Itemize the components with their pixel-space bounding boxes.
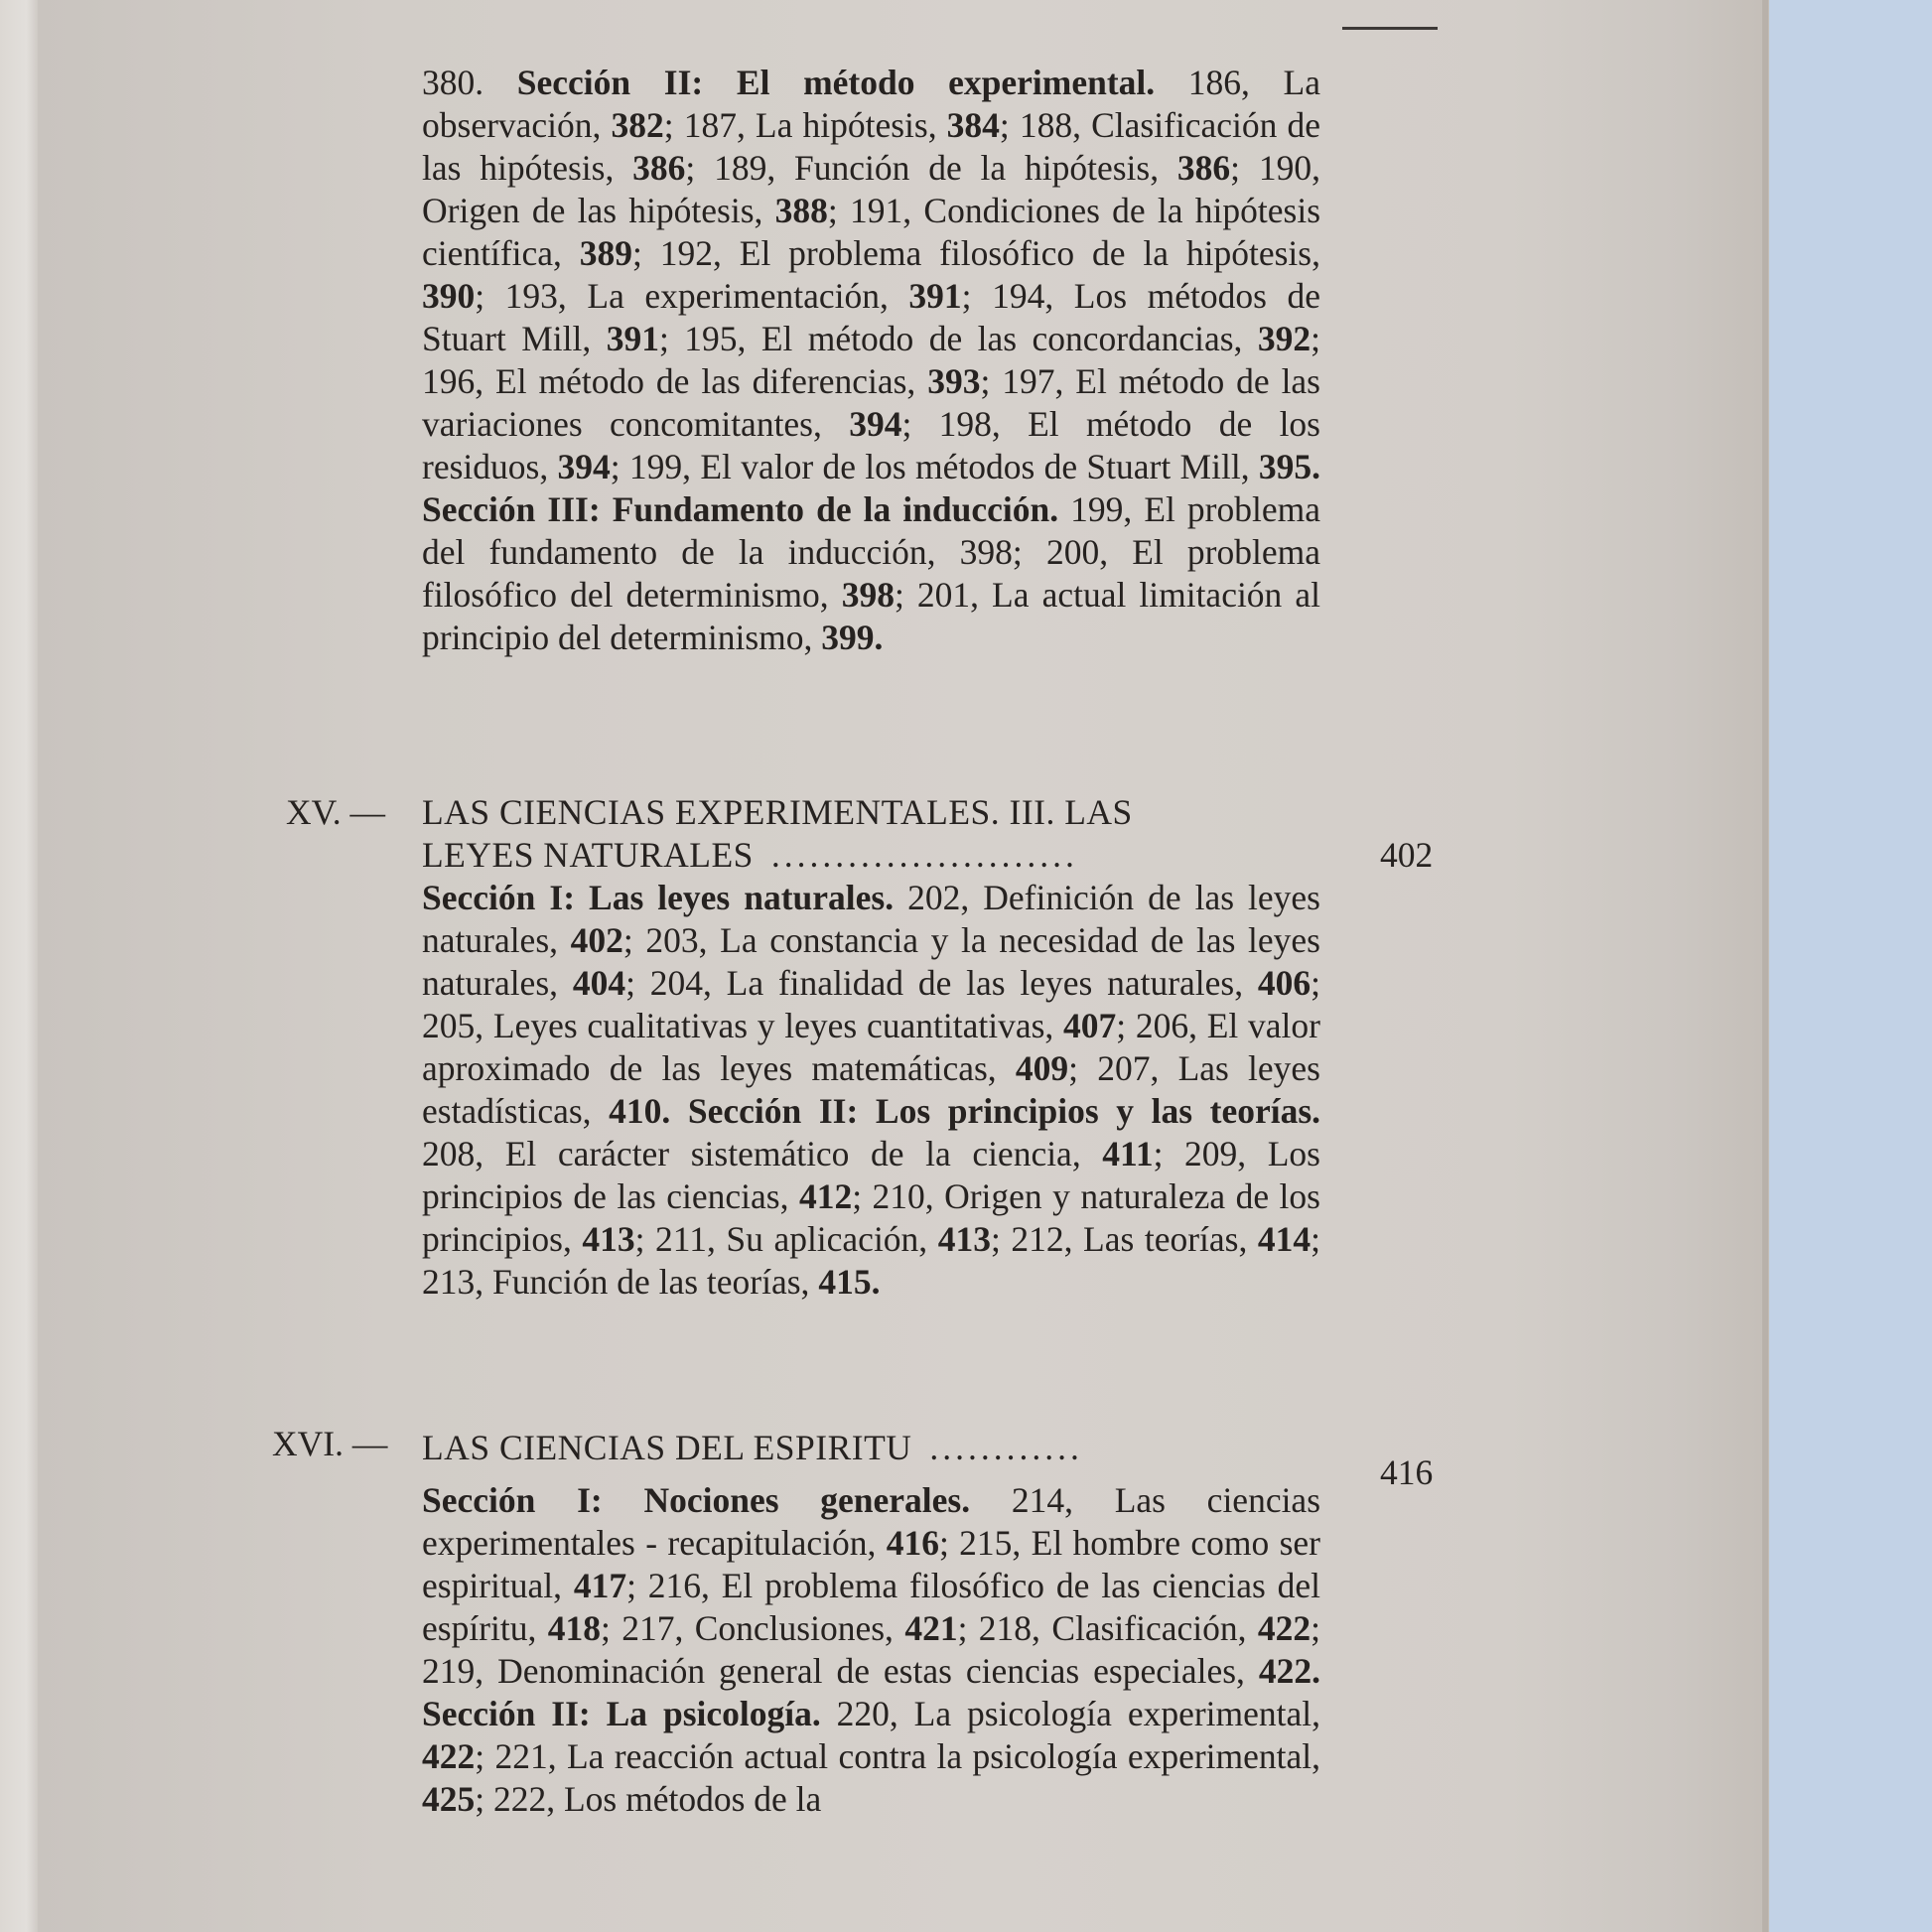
bold-text-run: 384 [947, 105, 1000, 145]
bold-text-run: 393 [927, 361, 980, 401]
bold-text-run: 422 [422, 1736, 475, 1776]
text-run: ; 221, La reacción actual contra la psic… [475, 1736, 1320, 1776]
bold-text-run: 391 [607, 319, 659, 358]
text-run: ; 222, Los métodos de la [475, 1779, 821, 1819]
chapter-title: LAS CIENCIAS DEL ESPIRITU............ [422, 1427, 1320, 1469]
bold-text-run: 404 [573, 963, 625, 1003]
chapter-number: XVI. — [272, 1423, 387, 1465]
text-run [670, 1091, 688, 1131]
bold-text-run: 417 [574, 1566, 626, 1605]
bold-text-run: 421 [904, 1608, 957, 1648]
table-of-contents: 380. Sección II: El método experimental.… [0, 0, 1932, 1932]
bold-text-run: 391 [908, 276, 961, 316]
bold-text-run: 425 [422, 1779, 475, 1819]
bold-text-run: 382 [612, 105, 664, 145]
bold-text-run: 418 [548, 1608, 601, 1648]
bold-text-run: 390 [422, 276, 475, 316]
bold-text-run: 402 [571, 920, 623, 960]
bold-text-run: 398 [842, 575, 895, 615]
bold-text-run: 411 [1102, 1134, 1153, 1173]
text-run: ; 218, Clasificación, [958, 1608, 1258, 1648]
bold-text-run: 399. [821, 618, 883, 657]
bold-text-run: 389 [580, 233, 632, 273]
text-run: ; 187, La hipótesis, [664, 105, 947, 145]
text-run: ; 195, El método de las concordancias, [659, 319, 1258, 358]
text-run: ; 199, El valor de los métodos de Stuart… [611, 447, 1259, 486]
bold-text-run: 386 [632, 148, 685, 188]
chapter-title-line: LEYES NATURALES [422, 834, 754, 877]
bold-text-run: Sección II: El método experimental. [517, 63, 1155, 102]
leader-dots: ........................ [771, 834, 1320, 877]
text-run: ; 211, Su aplicación, [635, 1219, 938, 1259]
bold-text-run: 392 [1258, 319, 1311, 358]
bold-text-run: Sección I: Nociones generales. [422, 1480, 970, 1520]
continuation-paragraph: 380. Sección II: El método experimental.… [422, 62, 1320, 659]
bold-text-run: 412 [799, 1176, 852, 1216]
bold-text-run: Sección III: Fundamento de la inducción. [422, 489, 1058, 529]
bold-text-run: 422 [1258, 1608, 1311, 1648]
chapter-page-number: 416 [1380, 1451, 1433, 1494]
bold-text-run: Sección I: Las leyes naturales. [422, 878, 894, 917]
text-run: ; 212, Las teorías, [991, 1219, 1258, 1259]
bold-text-run: 407 [1063, 1006, 1116, 1045]
bold-text-run: 386 [1177, 148, 1230, 188]
bold-text-run: 406 [1258, 963, 1311, 1003]
bold-text-run: 394 [558, 447, 611, 486]
text-run: 220, La psicología experimental, [821, 1694, 1320, 1733]
chapter-number: XV. — [286, 791, 385, 834]
bold-text-run: 413 [582, 1219, 634, 1259]
text-run: 208, El carácter sistemático de la cienc… [422, 1134, 1102, 1173]
text-run: ; 217, Conclusiones, [601, 1608, 904, 1648]
text-run: ; 193, La experimentación, [475, 276, 908, 316]
chapter-contents-paragraph: Sección I: Las leyes naturales. 202, Def… [422, 877, 1320, 1304]
text-run: ; 192, El problema filosófico de la hipó… [632, 233, 1320, 273]
bold-text-run: 415. [818, 1262, 880, 1302]
chapter-title: LAS CIENCIAS EXPERIMENTALES. III. LAS LE… [422, 791, 1320, 877]
bold-text-run: 410. [609, 1091, 670, 1131]
bold-text-run: 394 [849, 404, 901, 444]
chapter-page-number: 402 [1380, 834, 1433, 877]
bold-text-run: 414 [1258, 1219, 1311, 1259]
text-run: ; 204, La finalidad de las leyes natural… [625, 963, 1258, 1003]
bold-text-run: 409 [1016, 1048, 1068, 1088]
bold-text-run: 422. [1259, 1651, 1320, 1691]
text-run: ; 189, Función de la hipótesis, [685, 148, 1177, 188]
text-run: 380. [422, 63, 517, 102]
leader-dots: ............ [929, 1427, 1320, 1469]
bold-text-run: Sección II: La psicología. [422, 1694, 821, 1733]
bold-text-run: Sección II: Los principios y las teorías… [688, 1091, 1320, 1131]
bold-text-run: 416 [887, 1523, 939, 1563]
bold-text-run: 388 [775, 191, 828, 230]
chapter-title-line: LAS CIENCIAS DEL ESPIRITU [422, 1427, 911, 1469]
chapter-contents-paragraph: Sección I: Nociones generales. 214, Las … [422, 1479, 1320, 1821]
bold-text-run: 395. [1259, 447, 1320, 486]
bold-text-run: 413 [938, 1219, 991, 1259]
chapter-title-line: LAS CIENCIAS EXPERIMENTALES. III. LAS [422, 791, 1133, 834]
